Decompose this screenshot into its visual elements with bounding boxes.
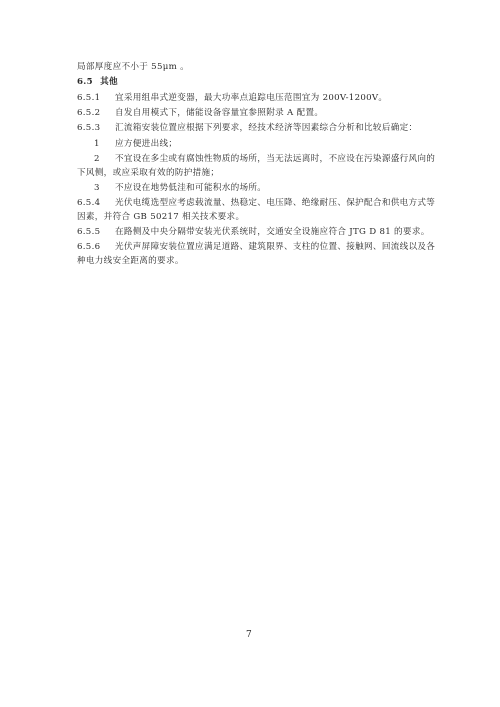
clause-6-5-5: 6.5.5在路侧及中央分隔带安装光伏系统时，交通安全设施应符合 JTG D 81…	[77, 226, 430, 238]
clause-text: 在路侧及中央分隔带安装光伏系统时，交通安全设施应符合 JTG D 81 的要求。	[115, 227, 430, 237]
item-number: 1	[94, 138, 115, 150]
clause-6-5-6: 6.5.6光伏声屏障安装位置应满足道路、建筑限界、支柱的位置、接触网、回流线以及…	[77, 241, 435, 253]
item-text: 不宜设在多尘或有腐蚀性物质的场所，当无法远离时，不应设在污染源盛行风向的	[115, 154, 435, 164]
list-item-3: 3不应设在地势低洼和可能积水的场所。	[94, 182, 266, 194]
item-text: 应方便进出线；	[115, 139, 177, 149]
item-number: 2	[94, 153, 115, 165]
clause-6-5-1: 6.5.1宜采用组串式逆变器，最大功率点追踪电压范围宜为 200V-1200V。	[77, 92, 387, 104]
clause-number: 6.5.1	[77, 92, 115, 104]
document-page: 局部厚度应不小于 55μm 。 6.5 其他 6.5.1宜采用组串式逆变器，最大…	[0, 0, 500, 707]
clause-text: 光伏声屏障安装位置应满足道路、建筑限界、支柱的位置、接触网、回流线以及各	[115, 242, 435, 252]
clause-number: 6.5.6	[77, 241, 115, 253]
item-text: 不应设在地势低洼和可能积水的场所。	[115, 183, 266, 193]
clause-6-5-4-continuation: 因素，并符合 GB 50217 相关技术要求。	[77, 211, 244, 223]
clause-number: 6.5.2	[77, 107, 115, 119]
page-number: 7	[246, 630, 252, 640]
clause-6-5-2: 6.5.2自发自用模式下，储能设备容量宜参照附录 A 配置。	[77, 107, 323, 119]
clause-6-5-6-continuation: 种电力线安全距离的要求。	[77, 255, 184, 267]
clause-text: 宜采用组串式逆变器，最大功率点追踪电压范围宜为 200V-1200V。	[115, 93, 387, 103]
clause-6-5-3: 6.5.3汇流箱安装位置应根据下列要求，经技术经济等因素综合分析和比较后确定：	[77, 122, 417, 134]
section-title: 其他	[100, 77, 118, 87]
list-item-2: 2不宜设在多尘或有腐蚀性物质的场所，当无法远离时，不应设在污染源盛行风向的	[94, 153, 435, 165]
list-item-2-continuation: 下风侧，或应采取有效的防护措施；	[77, 167, 219, 179]
clause-text: 光伏电缆选型应考虑载流量、热稳定、电压降、绝缘耐压、保护配合和供电方式等	[115, 198, 435, 208]
item-number: 3	[94, 182, 115, 194]
paragraph-continuation: 局部厚度应不小于 55μm 。	[77, 61, 189, 73]
clause-text: 汇流箱安装位置应根据下列要求，经技术经济等因素综合分析和比较后确定：	[115, 123, 417, 133]
clause-number: 6.5.4	[77, 197, 115, 209]
section-heading: 6.5 其他	[77, 76, 118, 88]
section-number: 6.5	[77, 77, 93, 87]
clause-6-5-4: 6.5.4光伏电缆选型应考虑载流量、热稳定、电压降、绝缘耐压、保护配合和供电方式…	[77, 197, 435, 209]
clause-number: 6.5.3	[77, 122, 115, 134]
clause-number: 6.5.5	[77, 226, 115, 238]
list-item-1: 1应方便进出线；	[94, 138, 177, 150]
clause-text: 自发自用模式下，储能设备容量宜参照附录 A 配置。	[115, 108, 323, 118]
